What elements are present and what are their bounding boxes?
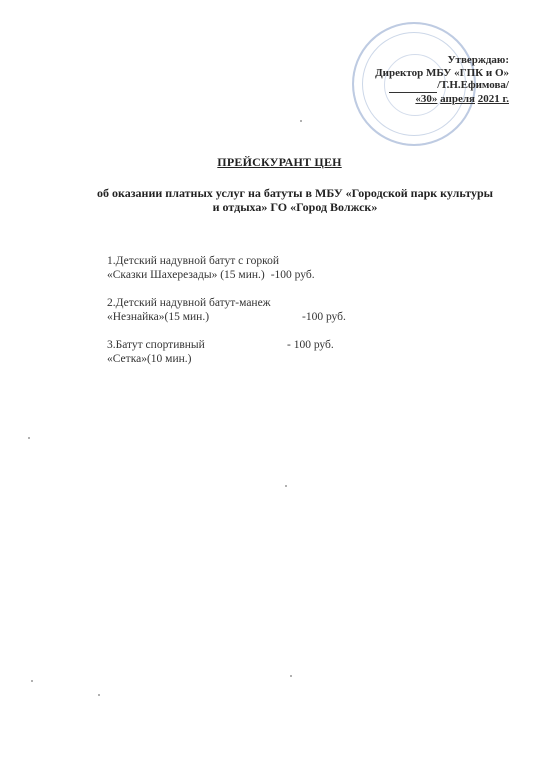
approver-name: /Т.Н.Ефимова/	[437, 79, 509, 91]
date-month: апреля	[440, 93, 475, 105]
document-title: ПРЕЙСКУРАНТ ЦЕН	[0, 155, 559, 170]
price-item: 2.Детский надувной батут-манеж «Незнайка…	[107, 296, 347, 324]
scan-speck	[290, 675, 292, 677]
item-price: -100 руб.	[271, 269, 315, 281]
item-line-2: «Сказки Шахерезады» (15 мин.)-100 руб.	[107, 268, 347, 282]
document-subtitle: об оказании платных услуг на батуты в МБ…	[80, 186, 510, 214]
subtitle-line-1: об оказании платных услуг на батуты в МБ…	[80, 186, 510, 200]
date-year: 2021 г.	[478, 93, 509, 105]
scan-speck	[285, 485, 287, 487]
item-line-1: 2.Детский надувной батут-манеж	[107, 296, 347, 310]
signature-mark	[389, 79, 437, 93]
approval-heading: Утверждаю:	[375, 54, 509, 67]
item-name: 3.Батут спортивный	[107, 339, 205, 351]
item-line-1: 1.Детский надувной батут с горкой	[107, 254, 347, 268]
item-line-2: «Незнайка»(15 мин.)-100 руб.	[107, 310, 347, 324]
approval-date: «30» апреля 2021 г.	[375, 93, 509, 106]
subtitle-line-2: и отдыха» ГО «Город Волжск»	[80, 200, 510, 214]
item-name: 2.Детский надувной батут-манеж	[107, 297, 271, 309]
signature-line: /Т.Н.Ефимова/	[375, 79, 509, 93]
price-list: 1.Детский надувной батут с горкой «Сказк…	[107, 254, 347, 380]
scan-speck	[28, 437, 30, 439]
price-item: 3.Батут спортивный- 100 руб. «Сетка»(10 …	[107, 338, 347, 366]
document-page: Утверждаю: Директор МБУ «ГПК и О» /Т.Н.Е…	[0, 0, 559, 768]
item-line-2: «Сетка»(10 мин.)	[107, 352, 347, 366]
item-price: - 100 руб.	[287, 338, 334, 352]
item-detail: «Сказки Шахерезады» (15 мин.)	[107, 269, 265, 281]
scan-speck	[31, 680, 33, 682]
approver-position: Директор МБУ «ГПК и О»	[375, 67, 509, 80]
date-day: «30»	[415, 93, 437, 105]
item-detail: «Сетка»(10 мин.)	[107, 353, 191, 365]
item-price: -100 руб.	[302, 310, 346, 324]
scan-speck	[300, 120, 302, 122]
scan-speck	[98, 694, 100, 696]
item-detail: «Незнайка»(15 мин.)	[107, 311, 209, 323]
item-name: 1.Детский надувной батут с горкой	[107, 255, 279, 267]
item-line-1: 3.Батут спортивный- 100 руб.	[107, 338, 347, 352]
price-item: 1.Детский надувной батут с горкой «Сказк…	[107, 254, 347, 282]
approval-block: Утверждаю: Директор МБУ «ГПК и О» /Т.Н.Е…	[375, 54, 509, 105]
